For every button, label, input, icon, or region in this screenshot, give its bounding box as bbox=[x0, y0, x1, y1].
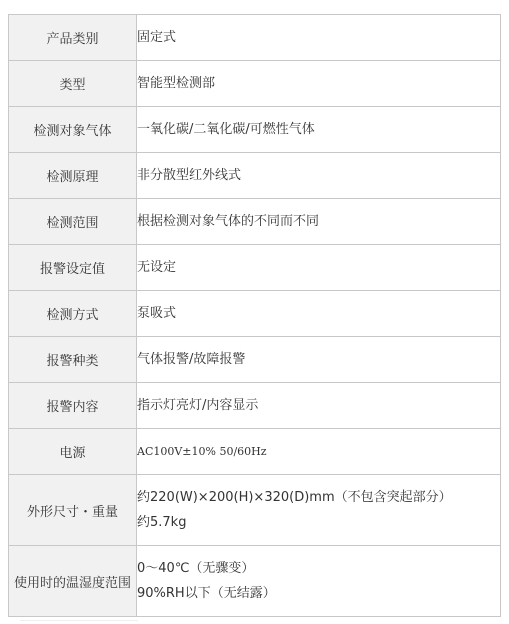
table-row: 产品类别 固定式 bbox=[9, 15, 501, 61]
table-row: 检测对象气体 一氧化碳/二氧化碳/可燃性气体 bbox=[9, 107, 501, 153]
row-value: 非分散型红外线式 bbox=[137, 153, 501, 199]
row-label: 报警种类 bbox=[9, 337, 137, 383]
table-row: 检测范围 根据检测对象气体的不同而不同 bbox=[9, 199, 501, 245]
table-row: 检测原理 非分散型红外线式 bbox=[9, 153, 501, 199]
row-label: 报警设定值 bbox=[9, 245, 137, 291]
row-label: 电源 bbox=[9, 429, 137, 475]
row-value: 一氧化碳/二氧化碳/可燃性气体 bbox=[137, 107, 501, 153]
table-row: 检测方式 泵吸式 bbox=[9, 291, 501, 337]
row-value: 气体报警/故障报警 bbox=[137, 337, 501, 383]
row-value: 固定式 bbox=[137, 15, 501, 61]
row-label: 外形尺寸・重量 bbox=[9, 475, 137, 546]
row-label: 产品类别 bbox=[9, 15, 137, 61]
table-row: 类型 智能型检测部 bbox=[9, 61, 501, 107]
table-row: 报警设定值 无设定 bbox=[9, 245, 501, 291]
row-label: 检测方式 bbox=[9, 291, 137, 337]
table-row: 使用时的温湿度范围 0～40℃（无骤变） 90%RH以下（无结露） bbox=[9, 546, 501, 617]
row-label: 检测对象气体 bbox=[9, 107, 137, 153]
table-row: 报警种类 气体报警/故障报警 bbox=[9, 337, 501, 383]
row-label: 类型 bbox=[9, 61, 137, 107]
row-value: 智能型检测部 bbox=[137, 61, 501, 107]
row-label: 检测范围 bbox=[9, 199, 137, 245]
table-row: 电源 AC100V±10% 50/60Hz bbox=[9, 429, 501, 475]
row-value: 约220(W)×200(H)×320(D)mm（不包含突起部分） 约5.7kg bbox=[137, 475, 501, 546]
table-row: 报警内容 指示灯亮灯/内容显示 bbox=[9, 383, 501, 429]
table-row: 外形尺寸・重量 约220(W)×200(H)×320(D)mm（不包含突起部分）… bbox=[9, 475, 501, 546]
row-value: 0～40℃（无骤变） 90%RH以下（无结露） bbox=[137, 546, 501, 617]
row-value: 泵吸式 bbox=[137, 291, 501, 337]
divider bbox=[20, 620, 138, 621]
row-label: 检测原理 bbox=[9, 153, 137, 199]
spec-table: 产品类别 固定式 类型 智能型检测部 检测对象气体 一氧化碳/二氧化碳/可燃性气… bbox=[8, 14, 501, 617]
row-value: 指示灯亮灯/内容显示 bbox=[137, 383, 501, 429]
row-value: 无设定 bbox=[137, 245, 501, 291]
row-label: 报警内容 bbox=[9, 383, 137, 429]
row-value: AC100V±10% 50/60Hz bbox=[137, 429, 501, 475]
row-value: 根据检测对象气体的不同而不同 bbox=[137, 199, 501, 245]
row-label: 使用时的温湿度范围 bbox=[9, 546, 137, 617]
